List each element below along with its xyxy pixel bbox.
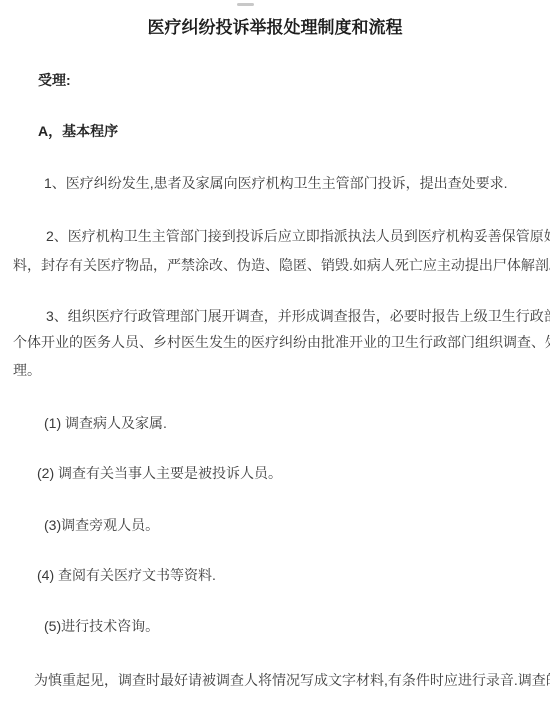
section-heading-acceptance: 受理: (38, 71, 71, 89)
list-item-2: (2) 调查有关当事人主要是被投诉人员。 (37, 464, 282, 482)
paragraph-step-3-line-2: 个体开业的医务人员、乡村医生发生的医疗纠纷由批准开业的卫生行政部门组织调查、处 (13, 333, 550, 351)
list-item-5: (5)进行技术咨询。 (44, 617, 159, 635)
paragraph-step-3-line-1: 3、组织医疗行政管理部门展开调查，并形成调查报告，必要时报告上级卫生行政部门。 (46, 307, 550, 325)
paragraph-caution-note: 为慎重起见，调查时最好请被调查人将情况写成文字材料,有条件时应进行录音.调查的 (34, 671, 550, 689)
list-item-1: (1) 调查病人及家属. (44, 414, 167, 432)
document-title: 医疗纠纷投诉举报处理制度和流程 (0, 13, 550, 38)
paragraph-step-3-line-3: 理。 (13, 361, 41, 379)
list-item-3: (3)调查旁观人员。 (44, 516, 159, 534)
section-heading-basic-procedure: A，基本程序 (38, 122, 118, 140)
scan-artifact (237, 3, 254, 6)
list-item-4: (4) 查阅有关医疗文书等资料. (37, 566, 216, 584)
paragraph-step-1: 1、医疗纠纷发生,患者及家属向医疗机构卫生主管部门投诉，提出查处要求. (44, 174, 508, 192)
paragraph-step-2-line-1: 2、医疗机构卫生主管部门接到投诉后应立即指派执法人员到医疗机构妥善保管原始资 (46, 227, 550, 245)
paragraph-step-2-line-2: 料，封存有关医疗物品，严禁涂改、伪造、隐匿、销毁.如病人死亡应主动提出尸体解剖。 (13, 256, 550, 274)
document-page: 医疗纠纷投诉举报处理制度和流程 受理: A，基本程序 1、医疗纠纷发生,患者及家… (0, 0, 550, 708)
